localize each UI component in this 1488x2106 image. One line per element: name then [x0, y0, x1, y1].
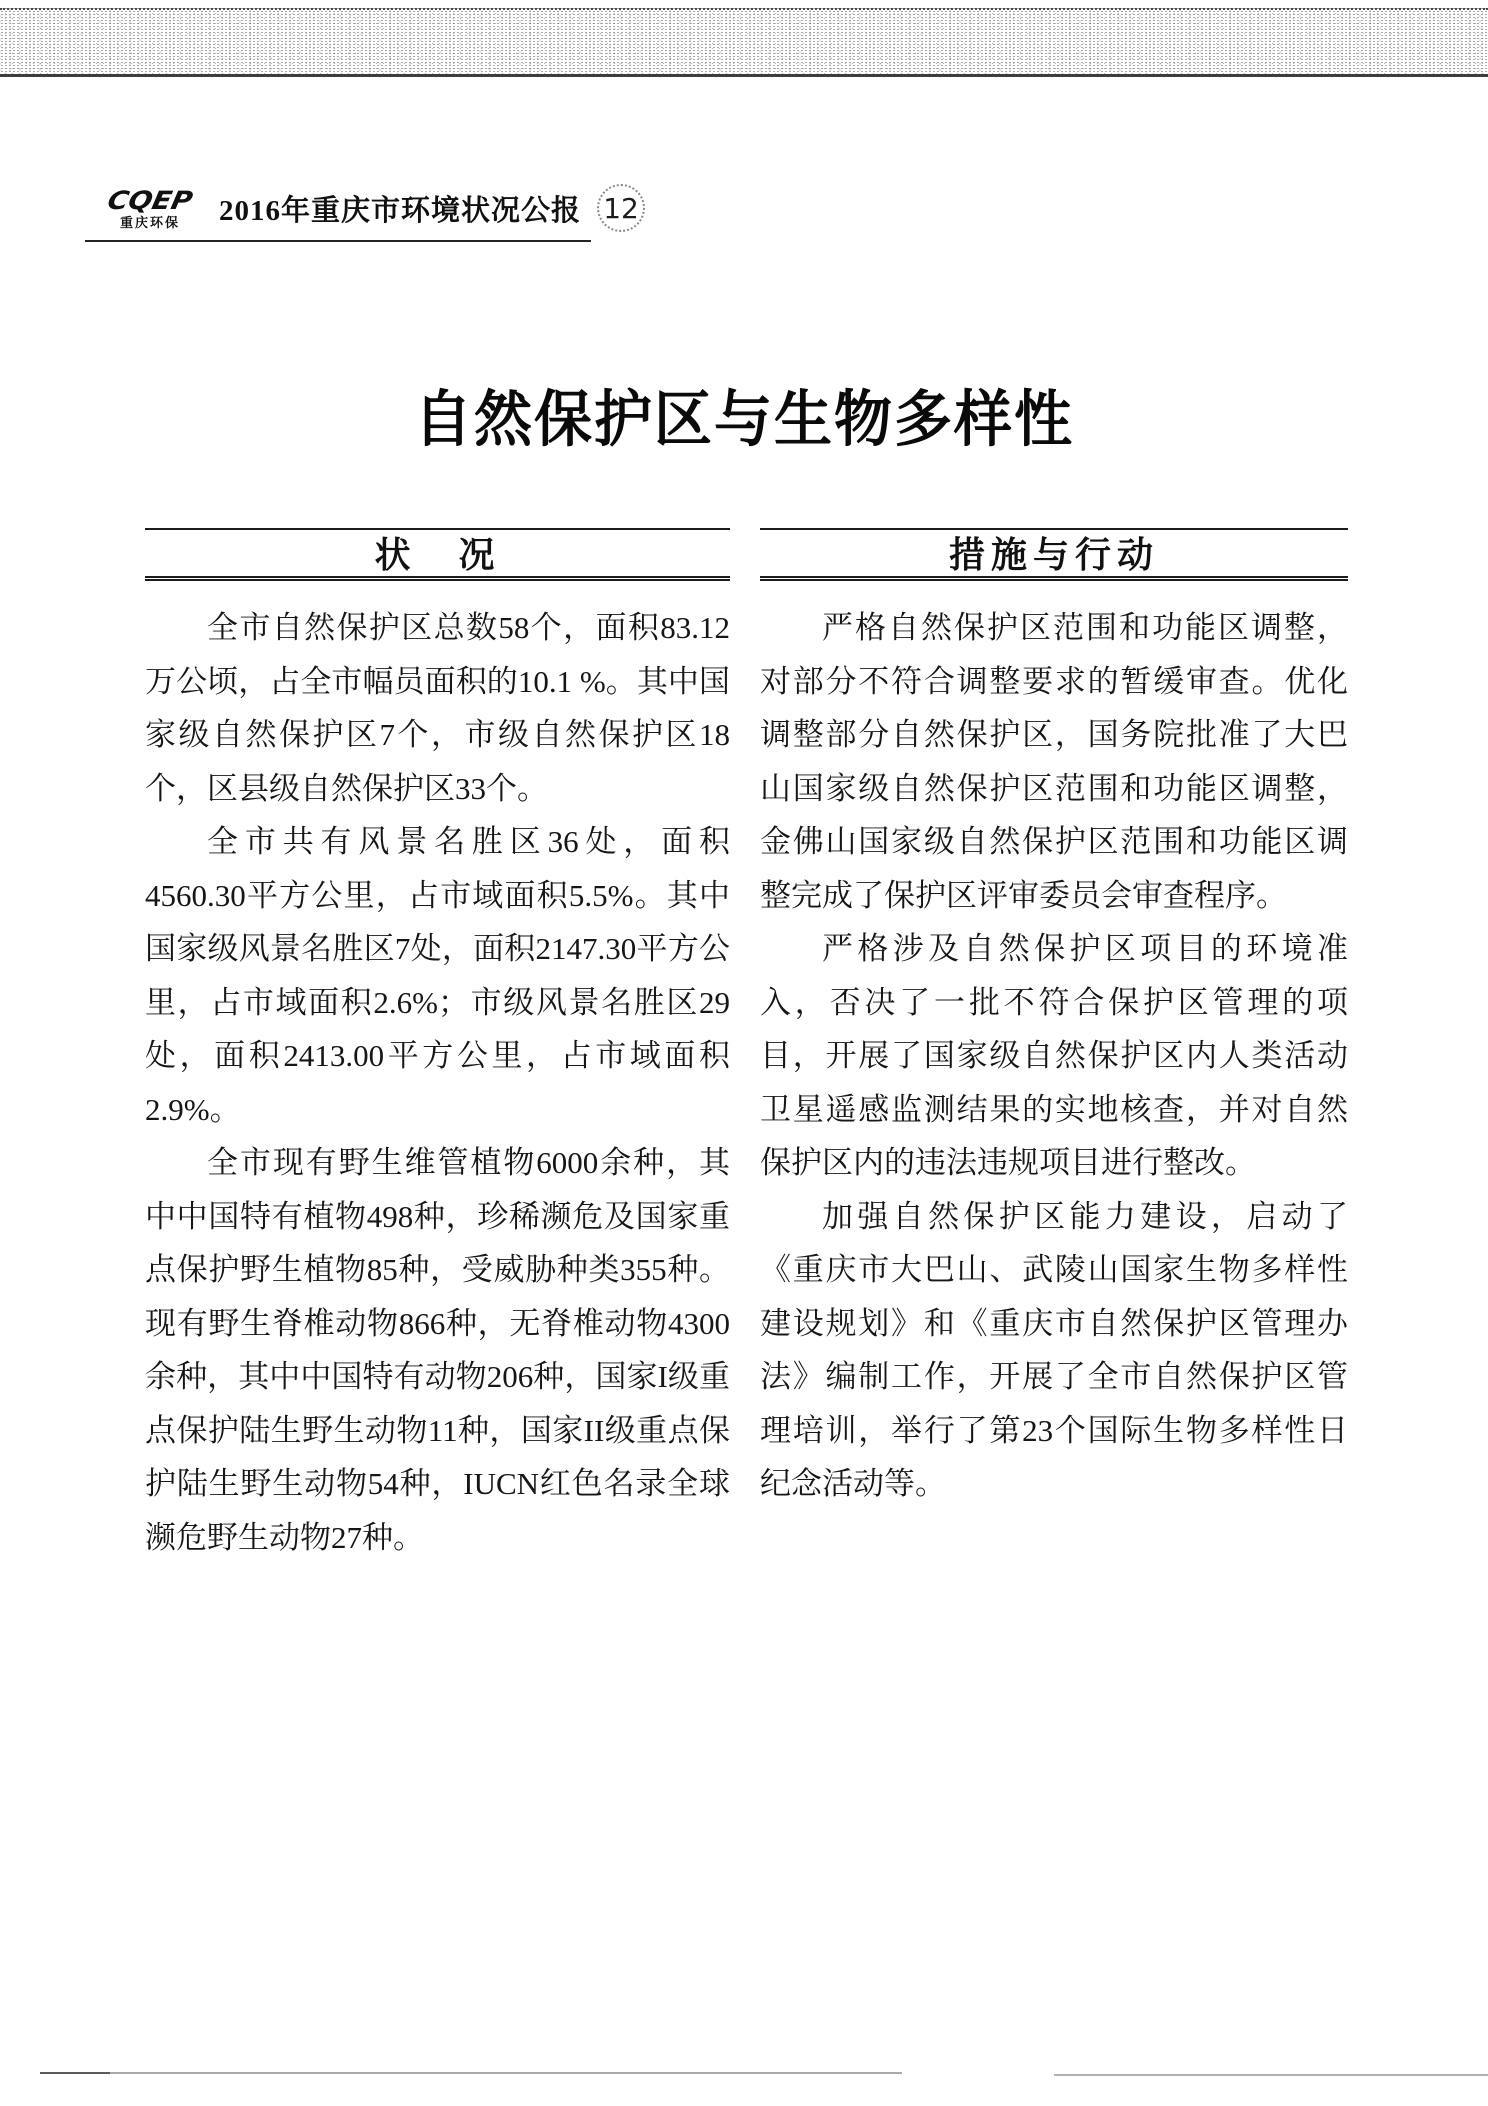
measures-heading-text: 措施与行动: [949, 527, 1159, 578]
scan-artifact-line-right: [1054, 2074, 1488, 2076]
measures-column-body: 严格自然保护区范围和功能区调整，对部分不符合调整要求的暂缓审查。优化调整部分自然…: [760, 601, 1348, 1511]
status-paragraph-1: 全市自然保护区总数58个，面积83.12万公顷，占全市幅员面积的10.1 %。其…: [145, 601, 730, 815]
cqep-logo-text: CQEP: [92, 188, 207, 213]
scan-noise-band: [0, 8, 1488, 77]
status-column-body: 全市自然保护区总数58个，面积83.12万公顷，占全市幅员面积的10.1 %。其…: [145, 601, 730, 1564]
cqep-logo: CQEP 重庆环保: [95, 187, 205, 230]
measures-column: 措施与行动 严格自然保护区范围和功能区调整，对部分不符合调整要求的暂缓审查。优化…: [760, 528, 1348, 1511]
header-rule: [85, 240, 591, 242]
cqep-logo-subtext: 重庆环保: [95, 217, 205, 230]
status-paragraph-2: 全市共有风景名胜区36处，面积4560.30平方公里，占市域面积5.5%。其中国…: [145, 815, 730, 1136]
measures-paragraph-1: 严格自然保护区范围和功能区调整，对部分不符合调整要求的暂缓审查。优化调整部分自然…: [760, 601, 1348, 922]
status-paragraph-3: 全市现有野生维管植物6000余种，其中中国特有植物498种，珍稀濒危及国家重点保…: [145, 1136, 730, 1564]
status-heading-text: 状 况: [374, 527, 500, 578]
page-number: 12: [603, 192, 639, 225]
measures-paragraph-3: 加强自然保护区能力建设，启动了《重庆市大巴山、武陵山国家生物多样性建设规划》和《…: [760, 1190, 1348, 1511]
page-number-circle: 12: [597, 184, 645, 232]
measures-paragraph-2: 严格涉及自然保护区项目的环境准入，否决了一批不符合保护区管理的项目，开展了国家级…: [760, 922, 1348, 1190]
status-column-heading: 状 况: [145, 528, 730, 581]
scanned-report-page: CQEP 重庆环保 2016年重庆市环境状况公报 12 自然保护区与生物多样性 …: [0, 0, 1488, 2106]
page-header: CQEP 重庆环保 2016年重庆市环境状况公报 12: [95, 176, 645, 240]
report-title: 2016年重庆市环境状况公报: [219, 188, 581, 229]
article-title: 自然保护区与生物多样性: [0, 370, 1488, 458]
status-column: 状 况 全市自然保护区总数58个，面积83.12万公顷，占全市幅员面积的10.1…: [145, 528, 730, 1564]
scan-artifact-line-left: [40, 2072, 902, 2074]
measures-column-heading: 措施与行动: [760, 528, 1348, 581]
